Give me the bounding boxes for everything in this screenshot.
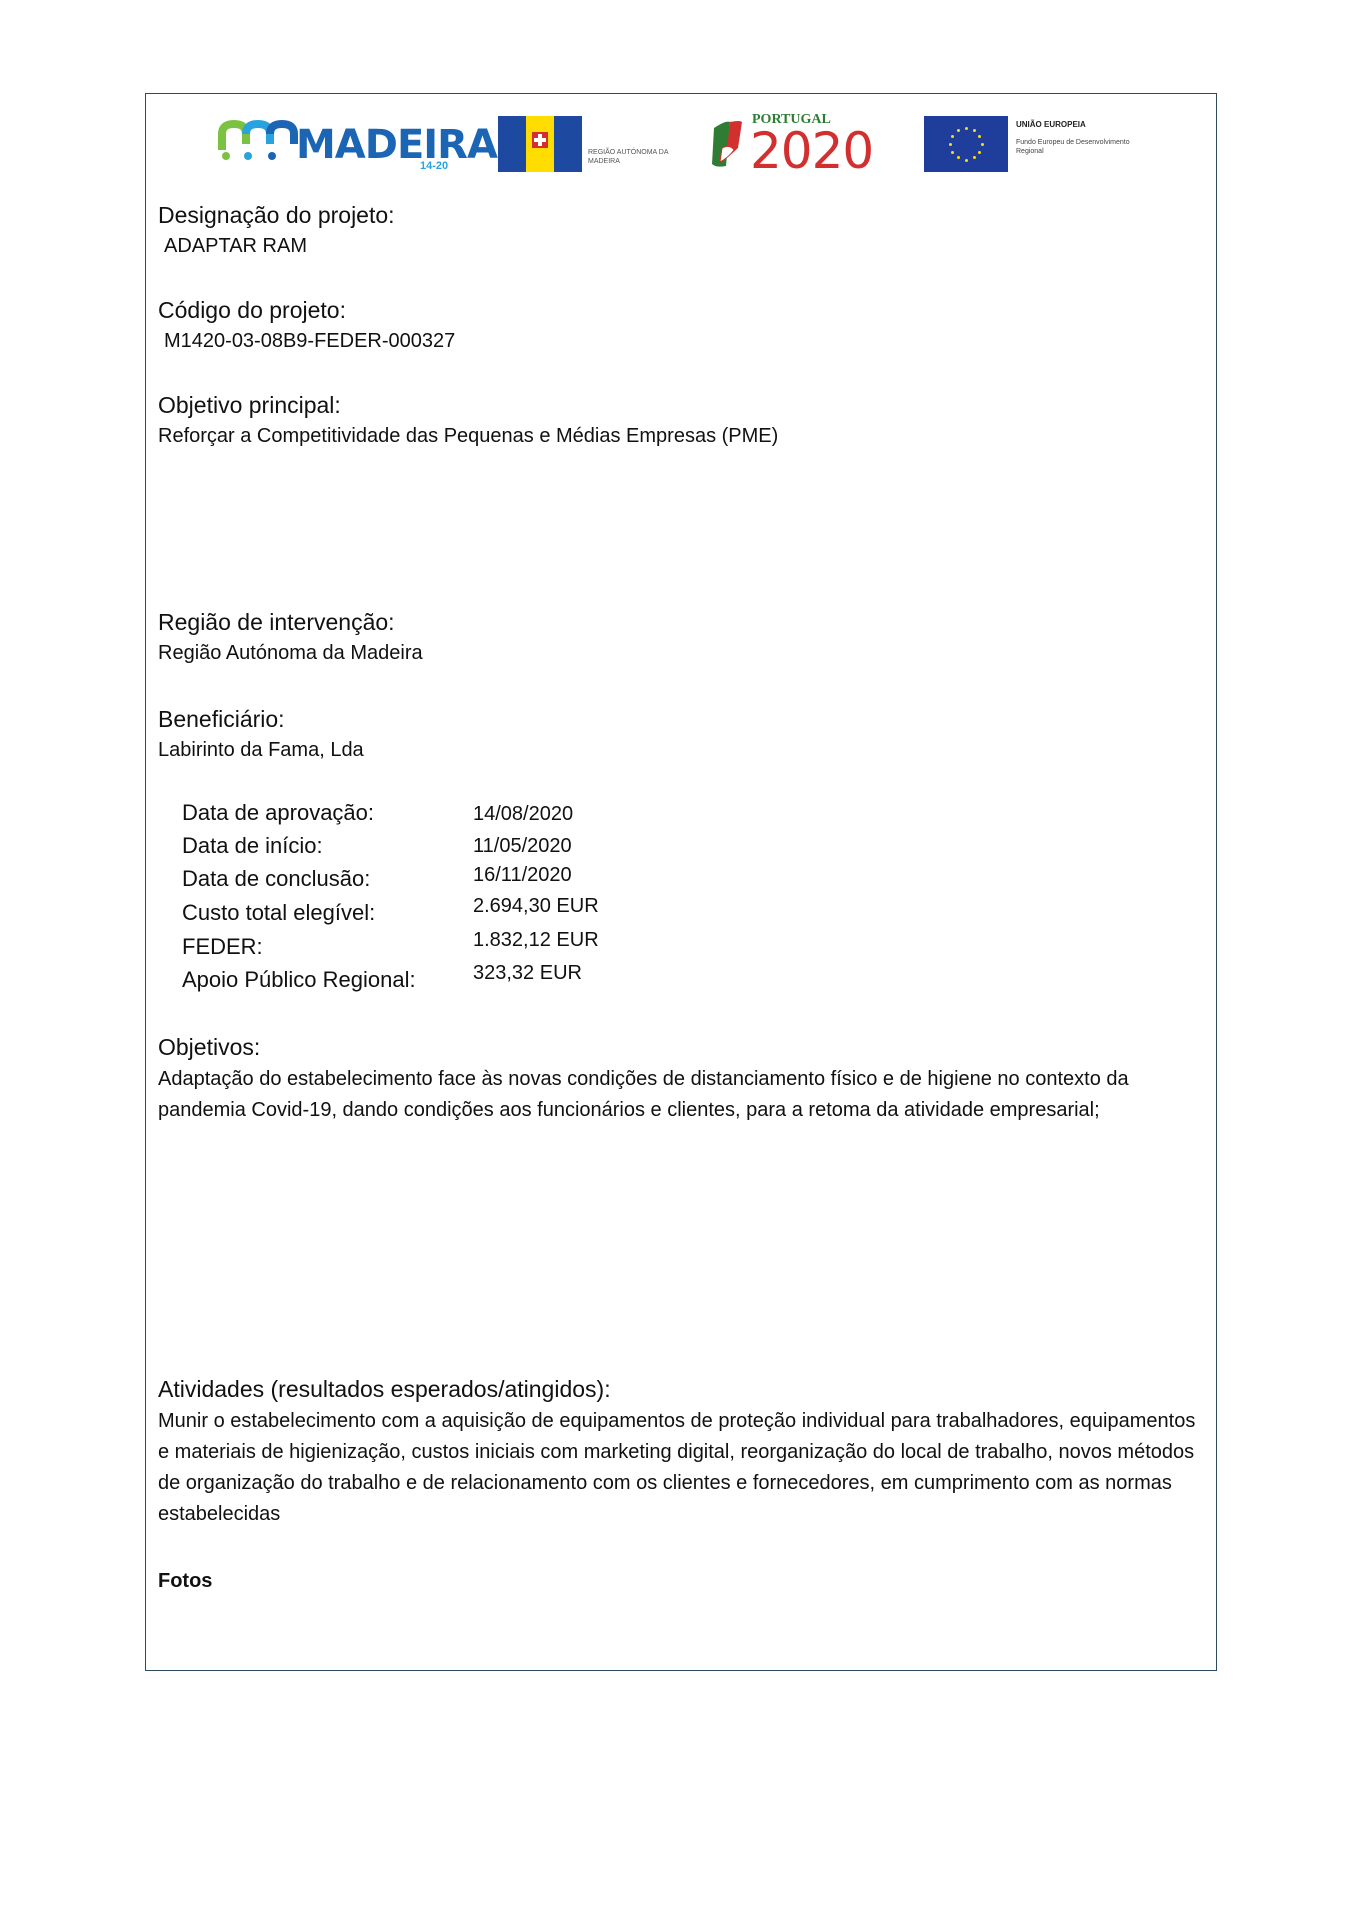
madeira-logo-text: MADEIRA	[296, 122, 497, 168]
regiao-label: Região de intervenção:	[158, 609, 395, 636]
detail-value: 11/05/2020	[473, 835, 572, 858]
madeira-14-20-logo: MADEIRA 14-20	[208, 112, 468, 176]
eu-star-icon	[965, 159, 968, 162]
eu-star-icon	[957, 129, 960, 132]
designacao-label: Designação do projeto:	[158, 202, 395, 229]
madeira-flag-icon	[498, 116, 582, 172]
detail-value: 16/11/2020	[473, 864, 572, 887]
eu-subtitle: Fundo Europeu de Desenvolvimento Regiona…	[1016, 138, 1146, 156]
objetivos-label: Objetivos:	[158, 1034, 260, 1061]
madeira-logo-subtitle: 14-20	[420, 160, 448, 172]
eu-star-icon	[978, 135, 981, 138]
eu-star-icon	[951, 135, 954, 138]
detail-value: 14/08/2020	[473, 803, 573, 826]
regiao-autonoma-logo: REGIÃO AUTÓNOMA DA MADEIRA	[498, 112, 678, 176]
beneficiario-value: Labirinto da Fama, Lda	[158, 739, 364, 762]
eu-star-icon	[949, 143, 952, 146]
detail-value: 1.832,12 EUR	[473, 929, 599, 952]
objetivo-principal-label: Objetivo principal:	[158, 392, 341, 419]
codigo-value: M1420-03-08B9-FEDER-000327	[164, 330, 455, 353]
fotos-label: Fotos	[158, 1570, 212, 1593]
atividades-text: Munir o estabelecimento com a aquisição …	[158, 1406, 1198, 1530]
portugal-2020-mark-icon	[708, 118, 748, 172]
regiao-value: Região Autónoma da Madeira	[158, 642, 423, 665]
detail-label: Data de início:	[182, 833, 323, 859]
eu-star-icon	[973, 156, 976, 159]
detail-value: 2.694,30 EUR	[473, 895, 599, 918]
designacao-value: ADAPTAR RAM	[164, 235, 307, 258]
eu-title: UNIÃO EUROPEIA	[1016, 120, 1086, 129]
eu-star-icon	[973, 129, 976, 132]
funding-logos-bar: MADEIRA 14-20 REGIÃO AUTÓNOMA DA MADEIRA…	[208, 112, 1188, 176]
detail-label: Apoio Público Regional:	[182, 967, 416, 993]
detail-label: FEDER:	[182, 934, 263, 960]
codigo-label: Código do projeto:	[158, 297, 346, 324]
eu-star-icon	[965, 127, 968, 130]
portugal-2020-logo: PORTUGAL 2020	[708, 112, 898, 176]
eu-star-icon	[981, 143, 984, 146]
detail-value: 323,32 EUR	[473, 962, 582, 985]
beneficiario-label: Beneficiário:	[158, 706, 285, 733]
eu-flag-icon	[924, 116, 1008, 172]
project-sheet-frame: MADEIRA 14-20 REGIÃO AUTÓNOMA DA MADEIRA…	[145, 93, 1217, 1671]
detail-label: Custo total elegível:	[182, 900, 375, 926]
objetivo-principal-value: Reforçar a Competitividade das Pequenas …	[158, 425, 778, 448]
eu-star-icon	[957, 156, 960, 159]
uniao-europeia-logo: UNIÃO EUROPEIA Fundo Europeu de Desenvol…	[924, 112, 1154, 176]
eu-star-icon	[951, 151, 954, 154]
detail-label: Data de conclusão:	[182, 866, 370, 892]
ram-caption: REGIÃO AUTÓNOMA DA MADEIRA	[588, 148, 678, 166]
detail-label: Data de aprovação:	[182, 800, 374, 826]
portugal-year: 2020	[750, 122, 873, 180]
eu-star-icon	[978, 151, 981, 154]
atividades-label: Atividades (resultados esperados/atingid…	[158, 1376, 611, 1403]
objetivos-text: Adaptação do estabelecimento face às nov…	[158, 1064, 1198, 1126]
